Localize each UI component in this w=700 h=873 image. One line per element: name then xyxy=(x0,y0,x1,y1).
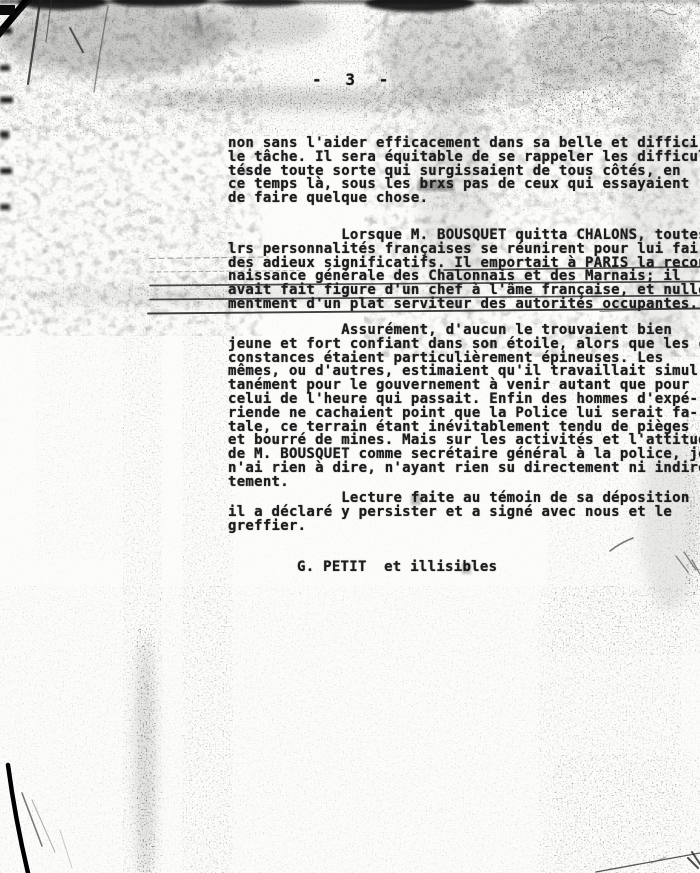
scanned-document-page: { "document": { "page_number": "- 3 -", … xyxy=(0,0,700,873)
text-line: mentment d'un plat serviteur des autorit… xyxy=(228,298,700,312)
text-line: de faire quelque chose. xyxy=(228,192,700,206)
paragraph-2: Lorsque M. BOUSQUET quitta CHALONS, tout… xyxy=(228,229,700,312)
text-line: tement. xyxy=(228,476,700,490)
signature-line: G. PETIT et illisibles xyxy=(297,561,497,575)
paragraph-closing: Lecture faite au témoin de sa déposition… xyxy=(228,492,700,533)
paragraph-1: non sans l'aider efficacement dans sa be… xyxy=(228,137,700,206)
paragraph-3: Assurément, d'aucun le trouvaient bien j… xyxy=(228,324,700,490)
document-body: - 3 - non sans l'aider efficacement dans… xyxy=(0,0,700,873)
page-number: - 3 - xyxy=(312,70,390,89)
text-line: n'ai rien à dire, n'ayant rien su direct… xyxy=(228,462,700,476)
text-line: greffier. xyxy=(228,520,700,534)
